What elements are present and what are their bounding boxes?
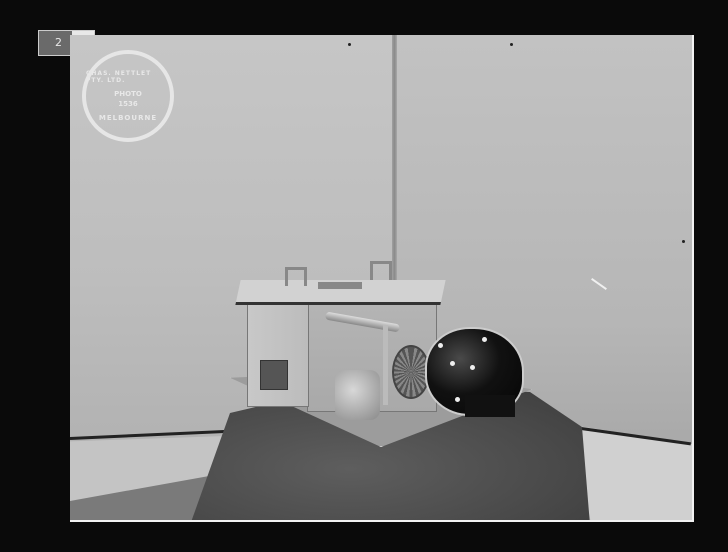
pump-mechanism <box>335 370 380 420</box>
photographer-stamp: CHAS. NETTLET PTY. LTD. PHOTO 1536 MELBO… <box>82 50 174 142</box>
lid-handle-right <box>370 261 392 280</box>
motor-bolt <box>450 361 455 366</box>
motor-bolt <box>482 337 487 342</box>
motor-mount <box>465 395 515 417</box>
stamp-middle-text: PHOTO <box>114 90 142 98</box>
lid-handle-left <box>285 267 307 286</box>
motor-bolt <box>438 343 443 348</box>
wall-seam <box>392 35 397 295</box>
box-plaque <box>260 360 288 390</box>
film-speck <box>510 43 513 46</box>
film-speck <box>682 240 685 243</box>
film-speck <box>348 43 351 46</box>
pump-rod <box>383 325 388 405</box>
negative-label-mark: 2 <box>55 36 62 49</box>
photograph: CHAS. NETTLET PTY. LTD. PHOTO 1536 MELBO… <box>70 35 694 522</box>
stamp-number: 1536 <box>118 100 137 108</box>
stamp-bottom-text: MELBOURNE <box>99 114 157 122</box>
motor-bolt <box>470 365 475 370</box>
lid-nameplate <box>318 282 362 289</box>
motor-bolt <box>455 397 460 402</box>
stamp-top-text: CHAS. NETTLET PTY. LTD. <box>86 70 170 84</box>
